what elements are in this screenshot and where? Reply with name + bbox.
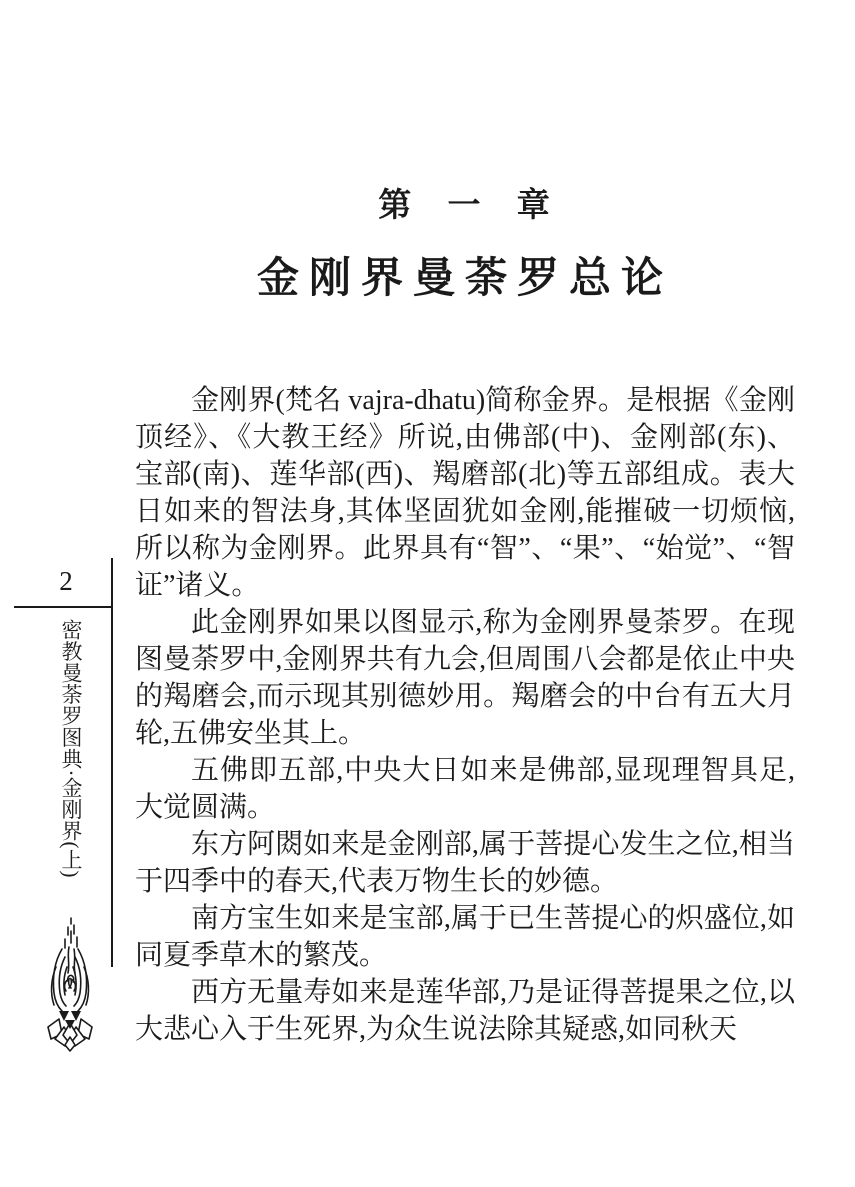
page-number: 2 (42, 568, 90, 595)
margin-vertical-rule (111, 558, 113, 967)
spine-title: 密教曼荼罗图典·金刚界(上) (60, 619, 82, 878)
chapter-number: 第 一 章 (135, 190, 795, 223)
paragraph-5: 南方宝生如来是宝部,属于已生菩提心的炽盛位,如同夏季草木的繁茂。 (135, 900, 795, 974)
paragraph-2: 此金刚界如果以图显示,称为金刚界曼荼罗。在现图曼荼罗中,金刚界共有九会,但周围八… (135, 604, 795, 752)
margin-horizontal-rule (14, 606, 113, 608)
chapter-title: 金刚界曼荼罗总论 (135, 258, 795, 300)
scanned-book-page: 第 一 章 金刚界曼荼罗总论 金刚界(梵名 vajra-dhatu)简称金界。是… (0, 0, 855, 1187)
paragraph-4: 东方阿閦如来是金刚部,属于菩提心发生之位,相当于四季中的春天,代表万物生长的妙德… (135, 826, 795, 900)
lotus-dark-accents (59, 1011, 81, 1029)
paragraph-1: 金刚界(梵名 vajra-dhatu)简称金界。是根据《金刚顶经》、《大教王经》… (135, 382, 795, 604)
paragraph-3: 五佛即五部,中央大日如来是佛部,显现理智具足,大觉圆满。 (135, 752, 795, 826)
flame-strokes (52, 918, 89, 1011)
paragraph-6: 西方无量寿如来是莲华部,乃是证得菩提果之位,以大悲心入于生死界,为众生说法除其疑… (135, 974, 795, 1048)
flaming-jewel-lotus-emblem (42, 915, 98, 1055)
body-text-column: 金刚界(梵名 vajra-dhatu)简称金界。是根据《金刚顶经》、《大教王经》… (135, 382, 795, 1048)
